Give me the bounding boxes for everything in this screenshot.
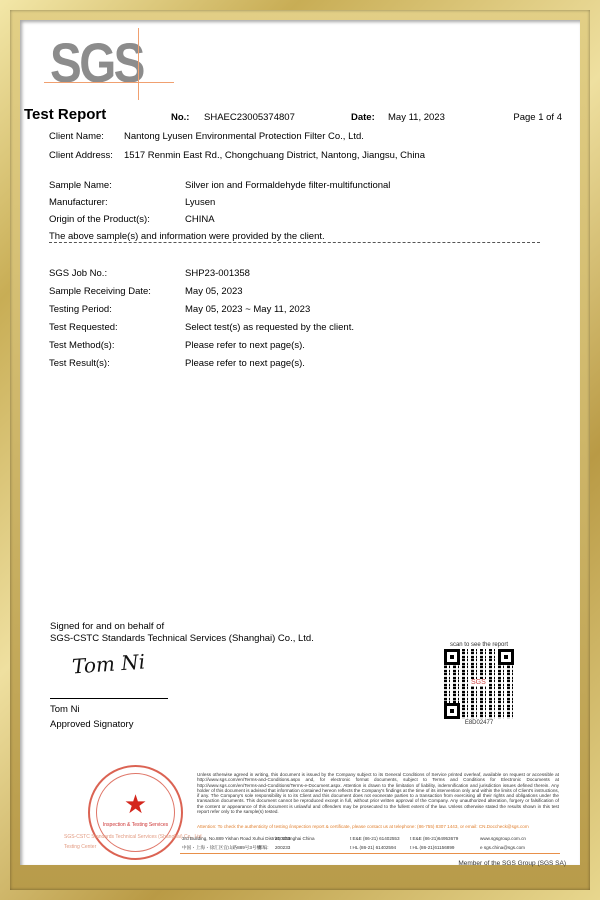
logo-accent-horizontal: [44, 82, 174, 83]
client-address: 1517 Renmin East Rd., Chongchuang Distri…: [124, 150, 425, 161]
manufacturer-label: Manufacturer:: [49, 197, 108, 208]
testing-period: May 05, 2023 ~ May 11, 2023: [185, 304, 310, 315]
test-result: Please refer to next page(s).: [185, 358, 305, 369]
seal-text: Inspection & Testing Services: [90, 822, 181, 828]
tel-ee-2: t E&E (86-21)64953679: [410, 836, 458, 841]
report-number: SHAEC23005374807: [204, 112, 295, 123]
qr-finder-icon: [444, 703, 460, 719]
test-method: Please refer to next page(s).: [185, 340, 305, 351]
address-en: 3rd Building, No.889 Yishan Road Xuhui D…: [182, 836, 315, 841]
report-title: Test Report: [24, 106, 106, 123]
test-method-label: Test Method(s):: [49, 340, 114, 351]
sample-note: The above sample(s) and information were…: [49, 231, 325, 242]
footer-accent-line: [180, 853, 560, 854]
qr-caption: scan to see the report: [440, 642, 518, 648]
report-header: Test Report No.: SHAEC23005374807 Date: …: [24, 106, 570, 128]
signature-line: [50, 698, 168, 699]
qr-center-logo: SGS: [470, 679, 487, 686]
client-name-label: Client Name:: [49, 131, 104, 142]
qr-finder-icon: [498, 649, 514, 665]
manufacturer: Lyusen: [185, 197, 215, 208]
qr-code-id: E8D02477: [440, 720, 518, 726]
report-date: May 11, 2023: [388, 112, 445, 123]
logo-accent-vertical: [138, 28, 139, 100]
sgs-membership: Member of the SGS Group (SGS SA): [458, 860, 566, 867]
address-cn: 中国・上海・徐汇区宜山路889号3号楼: [182, 845, 261, 851]
testing-period-label: Testing Period:: [49, 304, 112, 315]
sample-name-label: Sample Name:: [49, 180, 112, 191]
job-no: SHP23-001358: [185, 268, 250, 279]
postcode-en: 200233: [275, 836, 290, 841]
authenticity-notice: Attention: To check the authenticity of …: [197, 824, 559, 829]
signatory-name: Tom Ni: [50, 704, 80, 715]
qr-finder-icon: [444, 649, 460, 665]
dashed-divider: [49, 242, 540, 243]
job-no-label: SGS Job No.:: [49, 268, 107, 279]
email-link[interactable]: e sgs.china@sgs.com: [480, 845, 525, 850]
test-requested: Select test(s) as requested by the clien…: [185, 322, 354, 333]
signing-company: SGS-CSTC Standards Technical Services (S…: [50, 633, 314, 644]
origin: CHINA: [185, 214, 215, 225]
postcode-cn-label: 邮编:: [258, 845, 268, 851]
tel-ee-1: t E&E (86-21) 61402553: [350, 836, 400, 841]
postcode-cn: 200233: [275, 845, 290, 850]
sample-name: Silver ion and Formaldehyde filter-multi…: [185, 180, 390, 191]
company-seal-stamp: ★ Inspection & Testing Services: [88, 765, 183, 860]
handwritten-signature: Tom Ni: [71, 649, 146, 678]
qr-code[interactable]: SGS: [444, 649, 514, 719]
report-number-label: No.:: [171, 112, 189, 123]
terms-fine-print: Unless otherwise agreed in writing, this…: [197, 772, 559, 814]
client-name: Nantong Lyusen Environmental Protection …: [124, 131, 364, 142]
test-result-label: Test Result(s):: [49, 358, 110, 369]
origin-label: Origin of the Product(s):: [49, 214, 150, 225]
stamp-side-text-2: Testing Center: [64, 844, 96, 850]
test-requested-label: Test Requested:: [49, 322, 118, 333]
tel-hl-2: t HL (86-21)61156899: [410, 845, 454, 850]
signed-on-behalf: Signed for and on behalf of: [50, 621, 164, 632]
receiving-date-label: Sample Receiving Date:: [49, 286, 151, 297]
qr-block: scan to see the report SGS E8D02477: [440, 642, 518, 726]
star-icon: ★: [90, 789, 181, 820]
page-indicator: Page 1 of 4: [513, 112, 562, 123]
report-date-label: Date:: [351, 112, 375, 123]
tel-hl-1: t HL (86-21) 61402594: [350, 845, 396, 850]
receiving-date: May 05, 2023: [185, 286, 243, 297]
website-link[interactable]: www.sgsgroup.com.cn: [480, 836, 526, 841]
signatory-role: Approved Signatory: [50, 719, 133, 730]
client-address-label: Client Address:: [49, 150, 113, 161]
certificate-page: SGS Test Report No.: SHAEC23005374807 Da…: [20, 20, 580, 865]
